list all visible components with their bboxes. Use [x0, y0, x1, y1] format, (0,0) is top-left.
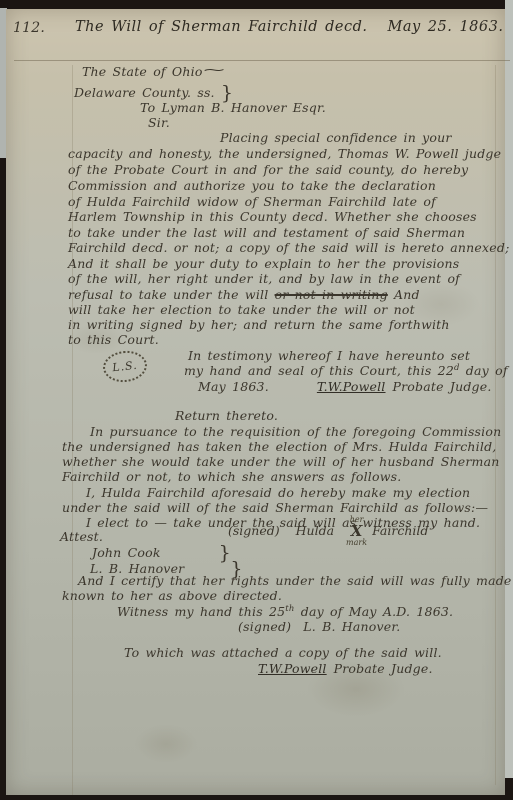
mark-label: mark: [346, 539, 367, 547]
doc-line: Fairchild or not, to which she answers a…: [62, 470, 401, 484]
doc-line: Commission and authorize you to take the…: [68, 179, 436, 193]
hulda-first-name: Hulda: [296, 520, 334, 538]
doc-line: whether she would take under the will of…: [62, 455, 500, 469]
doc-line: of Hulda Fairchild widow of Sherman Fair…: [68, 195, 436, 209]
entry-number: 112.: [13, 20, 45, 36]
doc-line: In testimony whereof I have hereunto set: [188, 349, 470, 363]
doc-line: of the Probate Court in and for the said…: [68, 163, 468, 177]
court-seal: L.S.: [102, 349, 149, 384]
hulda-signature: (signed) Hulda her X mark Fairchild: [228, 520, 428, 551]
powell-signature-final: T.W.PowellProbate Judge.: [258, 662, 433, 676]
handwriting-layer: 112.The Will of Sherman Fairchild decd.M…: [0, 0, 513, 800]
doc-line: To which was attached a copy of the said…: [124, 646, 442, 660]
ledger-photo: 112.The Will of Sherman Fairchild decd.M…: [0, 0, 513, 800]
powell-signature-line: May 1863.T.W.PowellProbate Judge.: [198, 380, 492, 394]
address-to: To Lyman B. Hanover Esqr.: [140, 101, 326, 115]
doc-line: my hand and seal of this Court, this 22d…: [184, 364, 508, 379]
doc-line: Witness my hand this 25th day of May A.D…: [117, 605, 453, 620]
heading: The Will of Sherman Fairchild decd.May 2…: [75, 19, 503, 36]
doc-line: In pursuance to the requisition of the f…: [90, 425, 501, 439]
hanover-signature-line: (signed)L. B. Hanover.: [238, 620, 400, 634]
doc-line: Harlem Township in this County decd. Whe…: [68, 210, 477, 224]
signed-label: (signed): [228, 520, 280, 538]
doc-line: to this Court.: [68, 333, 159, 347]
doc-line: will take her election to take under the…: [68, 303, 415, 317]
doc-line: the undersigned has taken the election o…: [62, 440, 496, 454]
hulda-last-name: Fairchild: [372, 520, 428, 538]
doc-line: And it shall be your duty to explain to …: [68, 257, 459, 271]
her-mark-stack: her X mark: [346, 516, 367, 547]
doc-line: in writing signed by her; and return the…: [68, 318, 450, 332]
seal-label: L.S.: [112, 359, 139, 375]
doc-line: under the said will of the said Sherman …: [62, 501, 488, 515]
doc-line: Placing special confidence in your: [220, 131, 452, 145]
return-heading: Return thereto.: [175, 409, 278, 423]
x-mark: X: [351, 524, 363, 539]
address-state: The State of Ohio ~: [82, 65, 219, 79]
doc-line: to take under the last will and testamen…: [68, 226, 465, 240]
doc-line: And I certify that her rights under the …: [78, 574, 512, 588]
doc-line: I, Hulda Fairchild aforesaid do hereby m…: [86, 486, 470, 500]
doc-line: refusal to take under the will or not in…: [68, 288, 420, 302]
doc-line: capacity and honesty, the undersigned, T…: [68, 147, 501, 161]
doc-line: Fairchild decd. or not; a copy of the sa…: [68, 241, 510, 255]
doc-line: known to her as above directed.: [62, 589, 282, 603]
doc-line: of the will, her right under it, and by …: [68, 272, 460, 286]
doc-line: Sir.: [148, 116, 170, 130]
